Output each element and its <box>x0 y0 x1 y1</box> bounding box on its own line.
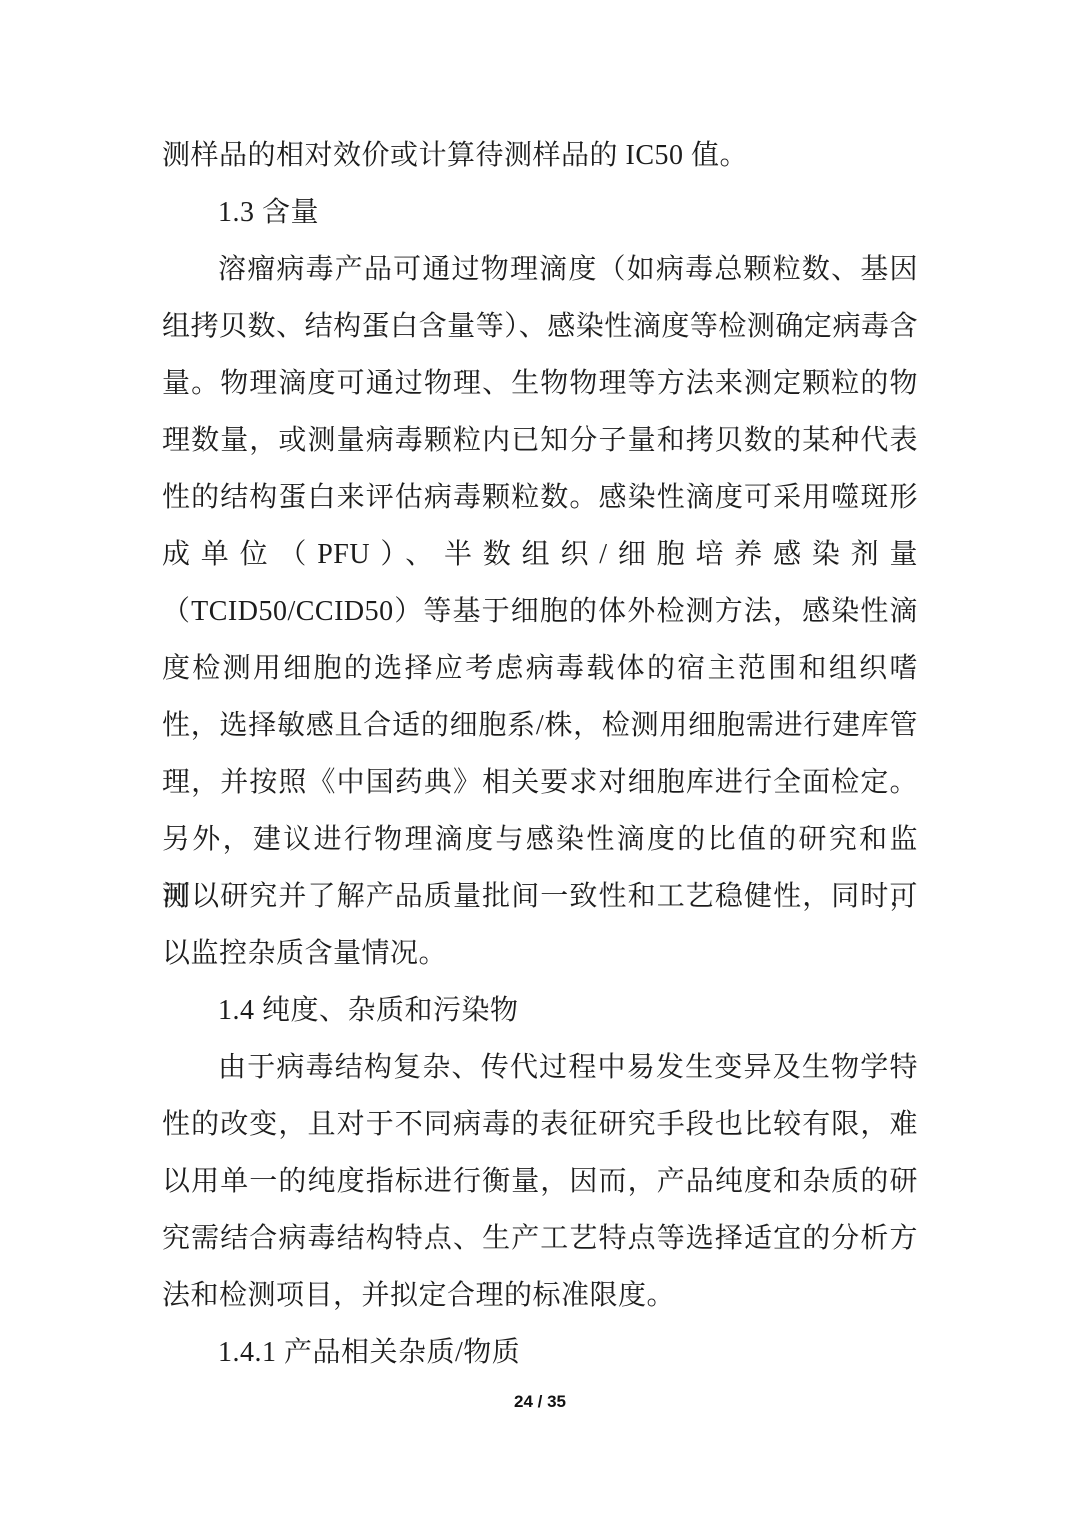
text-line: 另外，建议进行物理滴度与感染性滴度的比值的研究和监测， <box>162 811 918 868</box>
text-line: 性的改变，且对于不同病毒的表征研究手段也比较有限，难 <box>162 1096 918 1153</box>
text-line: 性，选择敏感且合适的细胞系/株，检测用细胞需进行建库管 <box>162 697 918 754</box>
text-line: 度检测用细胞的选择应考虑病毒载体的宿主范围和组织嗜 <box>162 640 918 697</box>
section-heading-1-4-1: 1.4.1 产品相关杂质/物质 <box>162 1324 918 1381</box>
page-number: 24 / 35 <box>0 1385 1080 1419</box>
text-line: 理，并按照《中国药典》相关要求对细胞库进行全面检定。 <box>162 754 918 811</box>
text-line: 由于病毒结构复杂、传代过程中易发生变异及生物学特 <box>162 1039 918 1096</box>
text-line: 组拷贝数、结构蛋白含量等）、感染性滴度等检测确定病毒含 <box>162 298 918 355</box>
text-line: 究需结合病毒结构特点、生产工艺特点等选择适宜的分析方 <box>162 1210 918 1267</box>
text-line: （TCID50/CCID50）等基于细胞的体外检测方法，感染性滴 <box>162 583 918 640</box>
text-line: 可以研究并了解产品质量批间一致性和工艺稳健性，同时可 <box>162 868 918 925</box>
text-line: 性的结构蛋白来评估病毒颗粒数。感染性滴度可采用噬斑形 <box>162 469 918 526</box>
text-line: 溶瘤病毒产品可通过物理滴度（如病毒总颗粒数、基因 <box>162 241 918 298</box>
text-line: 测样品的相对效价或计算待测样品的 IC50 值。 <box>162 127 918 184</box>
text-line: 成单位（PFU）、半数组织/细胞培养感染剂量 <box>162 526 918 583</box>
section-heading-1-3: 1.3 含量 <box>162 184 918 241</box>
text-line: 以监控杂质含量情况。 <box>162 925 918 982</box>
document-page: 测样品的相对效价或计算待测样品的 IC50 值。 1.3 含量 溶瘤病毒产品可通… <box>0 0 1080 1527</box>
section-heading-1-4: 1.4 纯度、杂质和污染物 <box>162 982 918 1039</box>
document-body: 测样品的相对效价或计算待测样品的 IC50 值。 1.3 含量 溶瘤病毒产品可通… <box>162 127 918 1381</box>
text-line: 法和检测项目，并拟定合理的标准限度。 <box>162 1267 918 1324</box>
text-line: 量。物理滴度可通过物理、生物物理等方法来测定颗粒的物 <box>162 355 918 412</box>
text-line: 理数量，或测量病毒颗粒内已知分子量和拷贝数的某种代表 <box>162 412 918 469</box>
text-line: 以用单一的纯度指标进行衡量，因而，产品纯度和杂质的研 <box>162 1153 918 1210</box>
